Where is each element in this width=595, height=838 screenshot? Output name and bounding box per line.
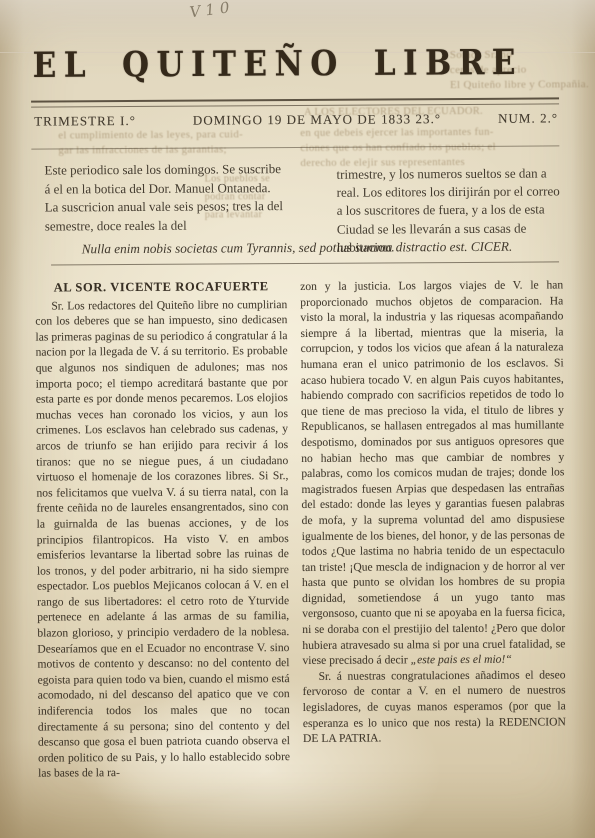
motto-text: Nulla enim nobis societas cum Tyrannis, … xyxy=(82,239,468,256)
subscription-notice-left: Este periodico sale los domingos. Se sus… xyxy=(44,160,284,236)
article-body-right-text: zon y la justicia. Los largos viajes de … xyxy=(300,278,565,667)
bleedthrough-line: gar las infracciones de las garantias; xyxy=(58,142,293,159)
article-body-right-p2: Sr. á nuestras congratulaciones añadimos… xyxy=(303,667,566,747)
bleedthrough-line: ciones que os han confiado los pueblos; … xyxy=(300,140,565,157)
bleedthrough-line: el cumplimiento de las leyes, para cuid- xyxy=(58,127,293,144)
newspaper-page-scan: V10 Somos Sr. no ceros de aprecio El Qui… xyxy=(0,0,595,838)
article-body-left: Sr. Los redactores del Quiteño libre no … xyxy=(35,297,290,782)
printed-content: V10 Somos Sr. no ceros de aprecio El Qui… xyxy=(0,0,595,838)
motto-line: Nulla enim nobis societas cum Tyrannis, … xyxy=(29,238,565,257)
article-body-right-p1: zon y la justicia. Los largos viajes de … xyxy=(300,277,565,668)
article-column-right: zon y la justicia. Los largos viajes de … xyxy=(300,277,566,746)
motto-attribution: CICER. xyxy=(471,239,512,254)
masthead: EL QUITEÑO LIBRE xyxy=(18,43,538,82)
bleedthrough-under-dateline-left: el cumplimiento de las leyes, para cuid-… xyxy=(58,127,293,159)
article-heading: AL SOR. VICENTE ROCAFUERTE xyxy=(35,279,287,296)
dateline-issue-number: NUM. 2.° xyxy=(498,110,558,126)
dateline-trimester: TRIMESTRE I.° xyxy=(34,113,136,130)
masthead-title: EL QUITEÑO LIBRE xyxy=(33,43,523,86)
dateline-date: DOMINGO 19 DE MAYO DE 1833 23.° xyxy=(193,111,441,129)
article-column-left: AL SOR. VICENTE ROCAFUERTE Sr. Los redac… xyxy=(35,279,290,782)
rule-divider-motto xyxy=(51,261,559,265)
handwritten-mark: V10 xyxy=(189,0,236,21)
article-quote: „este pais es el mio!“ xyxy=(411,653,512,667)
dateline: TRIMESTRE I.° DOMINGO 19 DE MAYO DE 1833… xyxy=(34,110,558,129)
